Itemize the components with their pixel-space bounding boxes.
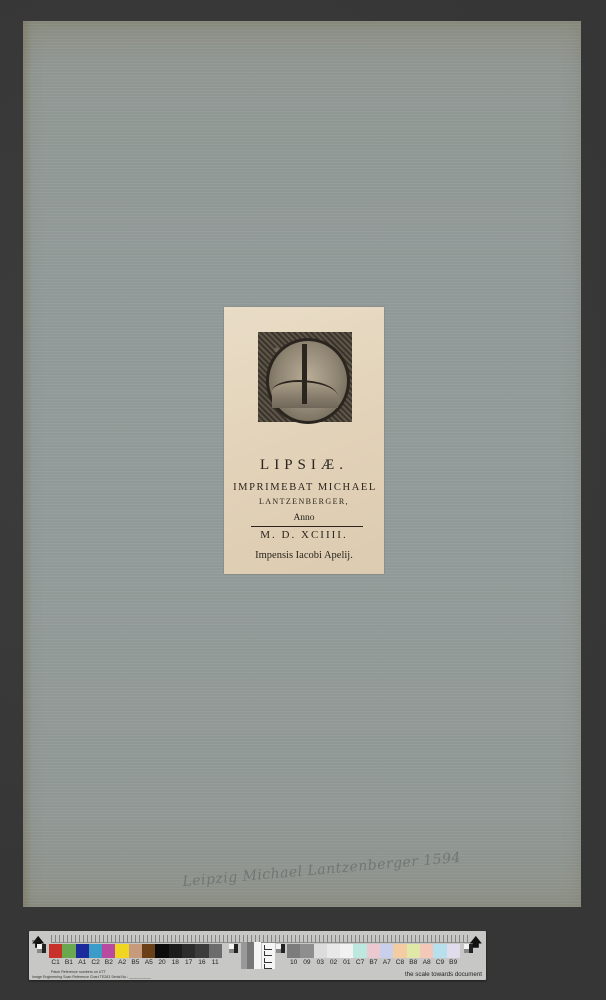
color-patch (393, 944, 406, 958)
gray-key-icon (37, 944, 46, 953)
imprint-publisher: Impensis Iacobi Apelij. (224, 550, 384, 561)
title-page-fragment: LIPSIÆ. IMPRIMEBAT MICHAEL LANTZENBERGER… (224, 307, 384, 574)
color-patch (89, 944, 102, 958)
color-patch (340, 944, 353, 958)
color-patch-label: 01 (340, 959, 353, 966)
color-reference-chart: 🡅 mm C1B1A1C2B2A2B5A52018171611 Patch Re… (29, 931, 486, 980)
imprint-printer-line1: IMPRIMEBAT MICHAEL (222, 482, 388, 493)
color-patch (142, 944, 155, 958)
color-patch (380, 944, 393, 958)
color-patch-label: 02 (327, 959, 340, 966)
color-patch (129, 944, 142, 958)
color-patch-label: B1 (62, 959, 75, 966)
color-patch (182, 944, 195, 958)
scale-ruler (51, 935, 471, 943)
imprint-year: M. D. XCIIII. (224, 529, 384, 541)
gray-bars (241, 942, 261, 969)
color-patch (433, 944, 446, 958)
color-patch-label: 17 (182, 959, 195, 966)
color-patch-label: C7 (353, 959, 366, 966)
color-patch-label: C9 (433, 959, 446, 966)
color-patch-label: 11 (209, 959, 222, 966)
color-patch (62, 944, 75, 958)
color-patch-label: C2 (89, 959, 102, 966)
resolution-targets (262, 943, 275, 969)
color-patch-label: 20 (155, 959, 168, 966)
color-patch-label: 18 (169, 959, 182, 966)
patch-note: Patch Reference numbers on UTT (51, 970, 106, 974)
imprint-anno: Anno (224, 513, 384, 523)
arrow-up-icon: 🡅 (470, 933, 482, 954)
imprint-printer-line2: LANTZENBERGER, (224, 497, 384, 506)
color-patch (169, 944, 182, 958)
color-patch (327, 944, 340, 958)
color-patch-label: 10 (287, 959, 300, 966)
color-patch (287, 944, 300, 958)
color-patch (102, 944, 115, 958)
ruler-unit-label: mm (32, 938, 39, 943)
woodcut-figure (302, 344, 307, 404)
color-patch-label: A5 (142, 959, 155, 966)
color-patch (49, 944, 62, 958)
color-patch-label: A2 (115, 959, 128, 966)
color-patch-label: B7 (367, 959, 380, 966)
color-patch-label: B5 (129, 959, 142, 966)
color-patch-label: B9 (447, 959, 460, 966)
color-patch-labels-b: 1009030201C7B7A7C8B8A8C9B9 (287, 959, 460, 966)
color-patch-label: 09 (300, 959, 313, 966)
color-patch-labels-a: C1B1A1C2B2A2B5A52018171611 (49, 959, 222, 966)
color-patch-label: A7 (380, 959, 393, 966)
color-patch (420, 944, 433, 958)
imprint-rule (251, 526, 363, 527)
color-patch (195, 944, 208, 958)
color-patch (115, 944, 128, 958)
chart-footer-left: Image Engineering Scan Reference Chart T… (32, 975, 151, 979)
chart-footer-right: the scale towards document (405, 971, 482, 978)
color-patch (300, 944, 313, 958)
color-patch (314, 944, 327, 958)
imprint-city: LIPSIÆ. (224, 457, 384, 474)
color-patch-label: B8 (407, 959, 420, 966)
gray-key-icon (276, 944, 285, 953)
color-patch (209, 944, 222, 958)
color-patch (353, 944, 366, 958)
color-patches-b (287, 944, 460, 958)
color-patch (447, 944, 460, 958)
printers-device-woodcut (258, 332, 352, 422)
color-patch-label: 16 (195, 959, 208, 966)
color-patch-label: A1 (76, 959, 89, 966)
color-patch (367, 944, 380, 958)
color-patch (76, 944, 89, 958)
color-patch (407, 944, 420, 958)
color-patch-label: C8 (393, 959, 406, 966)
color-patch-label: 03 (314, 959, 327, 966)
color-patch-label: A8 (420, 959, 433, 966)
color-patch (155, 944, 168, 958)
color-patches-a (49, 944, 222, 958)
mount-edge-shadow (23, 21, 32, 907)
color-patch-label: B2 (102, 959, 115, 966)
gray-key-icon (229, 944, 238, 953)
color-patch-label: C1 (49, 959, 62, 966)
